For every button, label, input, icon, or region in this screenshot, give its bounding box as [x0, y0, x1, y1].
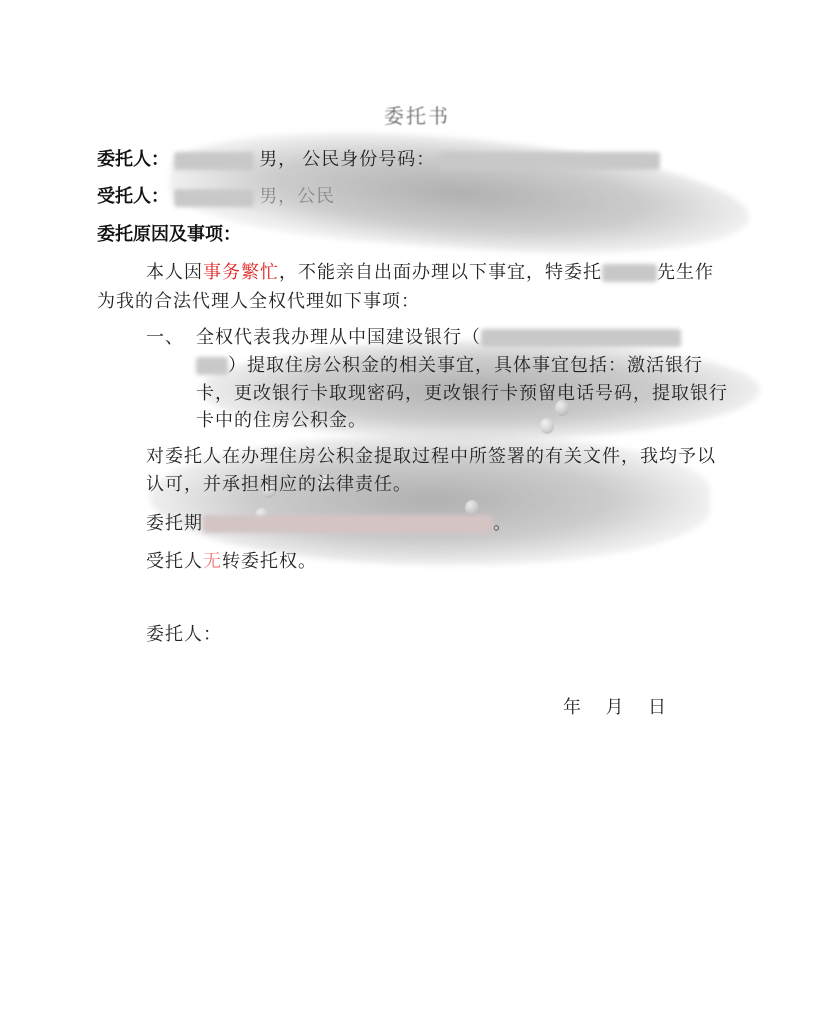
- signature-label: 委托人：: [146, 620, 222, 646]
- document-title: 委托书: [384, 100, 450, 129]
- agent-label: 受托人：: [97, 186, 169, 207]
- item1-number: 一、: [146, 323, 184, 349]
- document-page: 委托书 委托人： 男， 公民身份号码： 受托人： 男，公民 委托原因及事项： 本…: [0, 0, 836, 1024]
- redacted-agent-name-2: [602, 264, 657, 282]
- paragraph2-line2: 认可，并承担相应的法律责任。: [146, 470, 412, 496]
- date-month: 月: [605, 697, 624, 718]
- paragraph1-prefix: 本人因: [146, 262, 203, 283]
- principal-label: 委托人：: [97, 149, 169, 170]
- paragraph1-middle: ，不能亲自出面办理以下事宜，特委托: [279, 262, 602, 283]
- reason-heading: 委托原因及事项：: [97, 220, 241, 246]
- redacted-name: [174, 152, 254, 170]
- item1-line3: 卡，更改银行卡取现密码，更改银行卡预留电话号码，提取银行: [196, 379, 728, 405]
- principal-gender: 男，: [259, 149, 297, 170]
- redacted-bank-branch: [481, 329, 681, 347]
- principal-id-label: 公民身份号码：: [302, 149, 435, 170]
- sub-delegation-prefix: 受托人: [146, 551, 203, 572]
- item1-line2: ）提取住房公积金的相关事宜，具体事宜包括：激活银行: [196, 351, 703, 377]
- item1-line4: 卡中的住房公积金。: [196, 406, 367, 432]
- term-prefix: 委托期: [146, 513, 203, 534]
- agent-line: 受托人： 男，公民: [97, 182, 335, 208]
- principal-line: 委托人： 男， 公民身份号码：: [97, 145, 660, 171]
- term-line: 委托期。: [146, 509, 512, 535]
- paragraph2-line1: 对委托人在办理住房公积金提取过程中所签署的有关文件，我均予以: [146, 442, 716, 468]
- redacted-id-number: [440, 152, 660, 170]
- redacted-agent-name: [174, 189, 254, 207]
- agent-partial-text: 男，公民: [259, 186, 335, 207]
- water-drop-decoration: [540, 418, 554, 434]
- item1-line1-text: 全权代表我办理从中国建设银行（: [196, 327, 481, 348]
- item1-line2-text: ）提取住房公积金的相关事宜，具体事宜包括：激活银行: [228, 355, 703, 376]
- sub-delegation-line: 受托人无转委托权。: [146, 547, 317, 573]
- redacted-bank-branch-end: [196, 357, 228, 375]
- redacted-term: [203, 515, 493, 533]
- paragraph1-highlight: 事务繁忙: [203, 262, 279, 283]
- paragraph1-suffix: 先生作: [657, 262, 714, 283]
- term-suffix: 。: [493, 513, 512, 534]
- item1-line1: 全权代表我办理从中国建设银行（: [196, 323, 681, 349]
- sub-delegation-highlight: 无: [203, 551, 222, 572]
- date-year: 年: [563, 697, 582, 718]
- paragraph1-line1: 本人因事务繁忙，不能亲自出面办理以下事宜，特委托先生作: [146, 258, 714, 284]
- paragraph1-line2: 为我的合法代理人全权代理如下事项：: [97, 287, 420, 313]
- date-line: 年 月 日: [563, 693, 667, 719]
- date-day: 日: [648, 697, 667, 718]
- sub-delegation-suffix: 转委托权。: [222, 551, 317, 572]
